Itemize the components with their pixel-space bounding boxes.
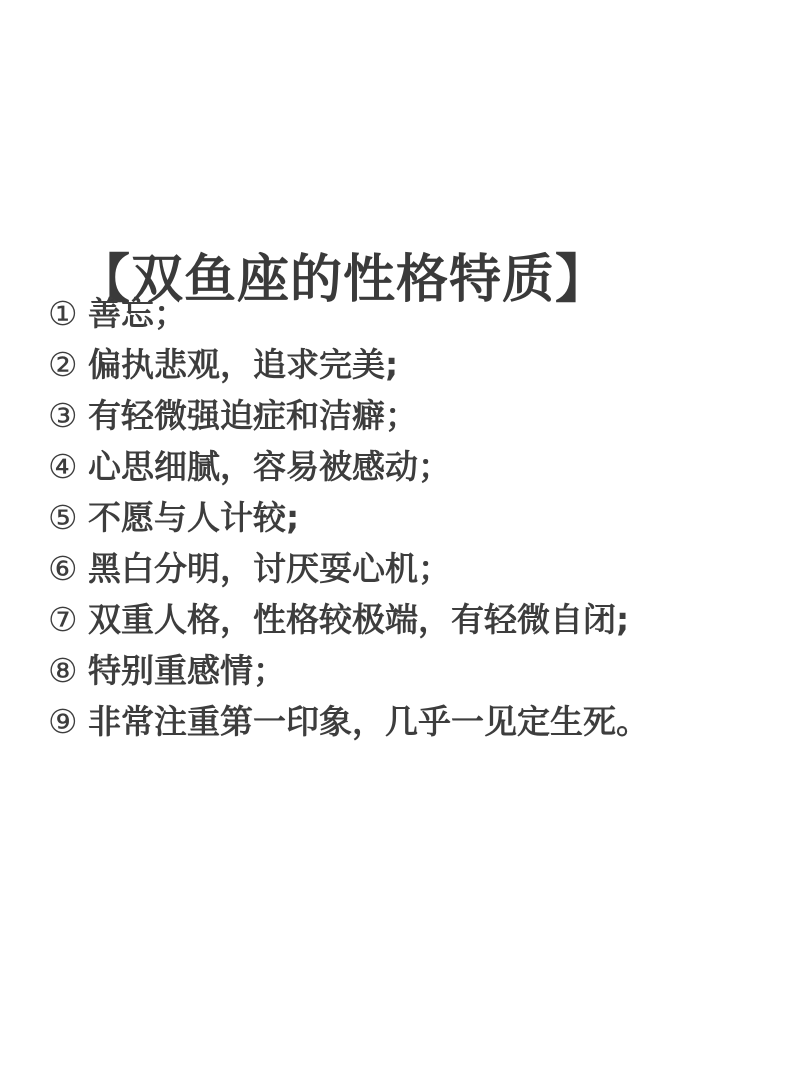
list-item-text: 善忘； — [88, 288, 187, 339]
circled-number-1: ① — [48, 288, 88, 339]
circled-number-5: ⑤ — [48, 492, 88, 543]
list-item: ③ 有轻微强迫症和洁癖； — [48, 390, 649, 441]
list-item: ① 善忘； — [48, 288, 649, 339]
list-item-text: 有轻微强迫症和洁癖； — [88, 390, 418, 441]
circled-number-3: ③ — [48, 390, 88, 441]
list-item-text: 不愿与人计较; — [88, 492, 299, 543]
list-item: ⑧ 特别重感情； — [48, 645, 649, 696]
list-item-text: 特别重感情； — [88, 645, 286, 696]
circled-number-8: ⑧ — [48, 645, 88, 696]
list-item-text: 心思细腻，容易被感动； — [88, 441, 451, 492]
list-item: ⑨ 非常注重第一印象，几乎一见定生死。 — [48, 696, 649, 747]
list-item: ⑤ 不愿与人计较; — [48, 492, 649, 543]
list-item: ④ 心思细腻，容易被感动； — [48, 441, 649, 492]
circled-number-6: ⑥ — [48, 543, 88, 594]
list-item: ⑥ 黑白分明，讨厌耍心机； — [48, 543, 649, 594]
circled-number-2: ② — [48, 339, 88, 390]
list-item-text: 黑白分明，讨厌耍心机； — [88, 543, 451, 594]
list-item-text: 双重人格，性格较极端，有轻微自闭; — [88, 594, 629, 645]
trait-list: ① 善忘； ② 偏执悲观，追求完美; ③ 有轻微强迫症和洁癖； ④ 心思细腻，容… — [48, 288, 649, 747]
list-item-text: 非常注重第一印象，几乎一见定生死。 — [88, 696, 649, 747]
circled-number-4: ④ — [48, 441, 88, 492]
list-item: ⑦ 双重人格，性格较极端，有轻微自闭; — [48, 594, 649, 645]
list-item-text: 偏执悲观，追求完美; — [88, 339, 398, 390]
circled-number-9: ⑨ — [48, 696, 88, 747]
list-item: ② 偏执悲观，追求完美; — [48, 339, 649, 390]
circled-number-7: ⑦ — [48, 594, 88, 645]
